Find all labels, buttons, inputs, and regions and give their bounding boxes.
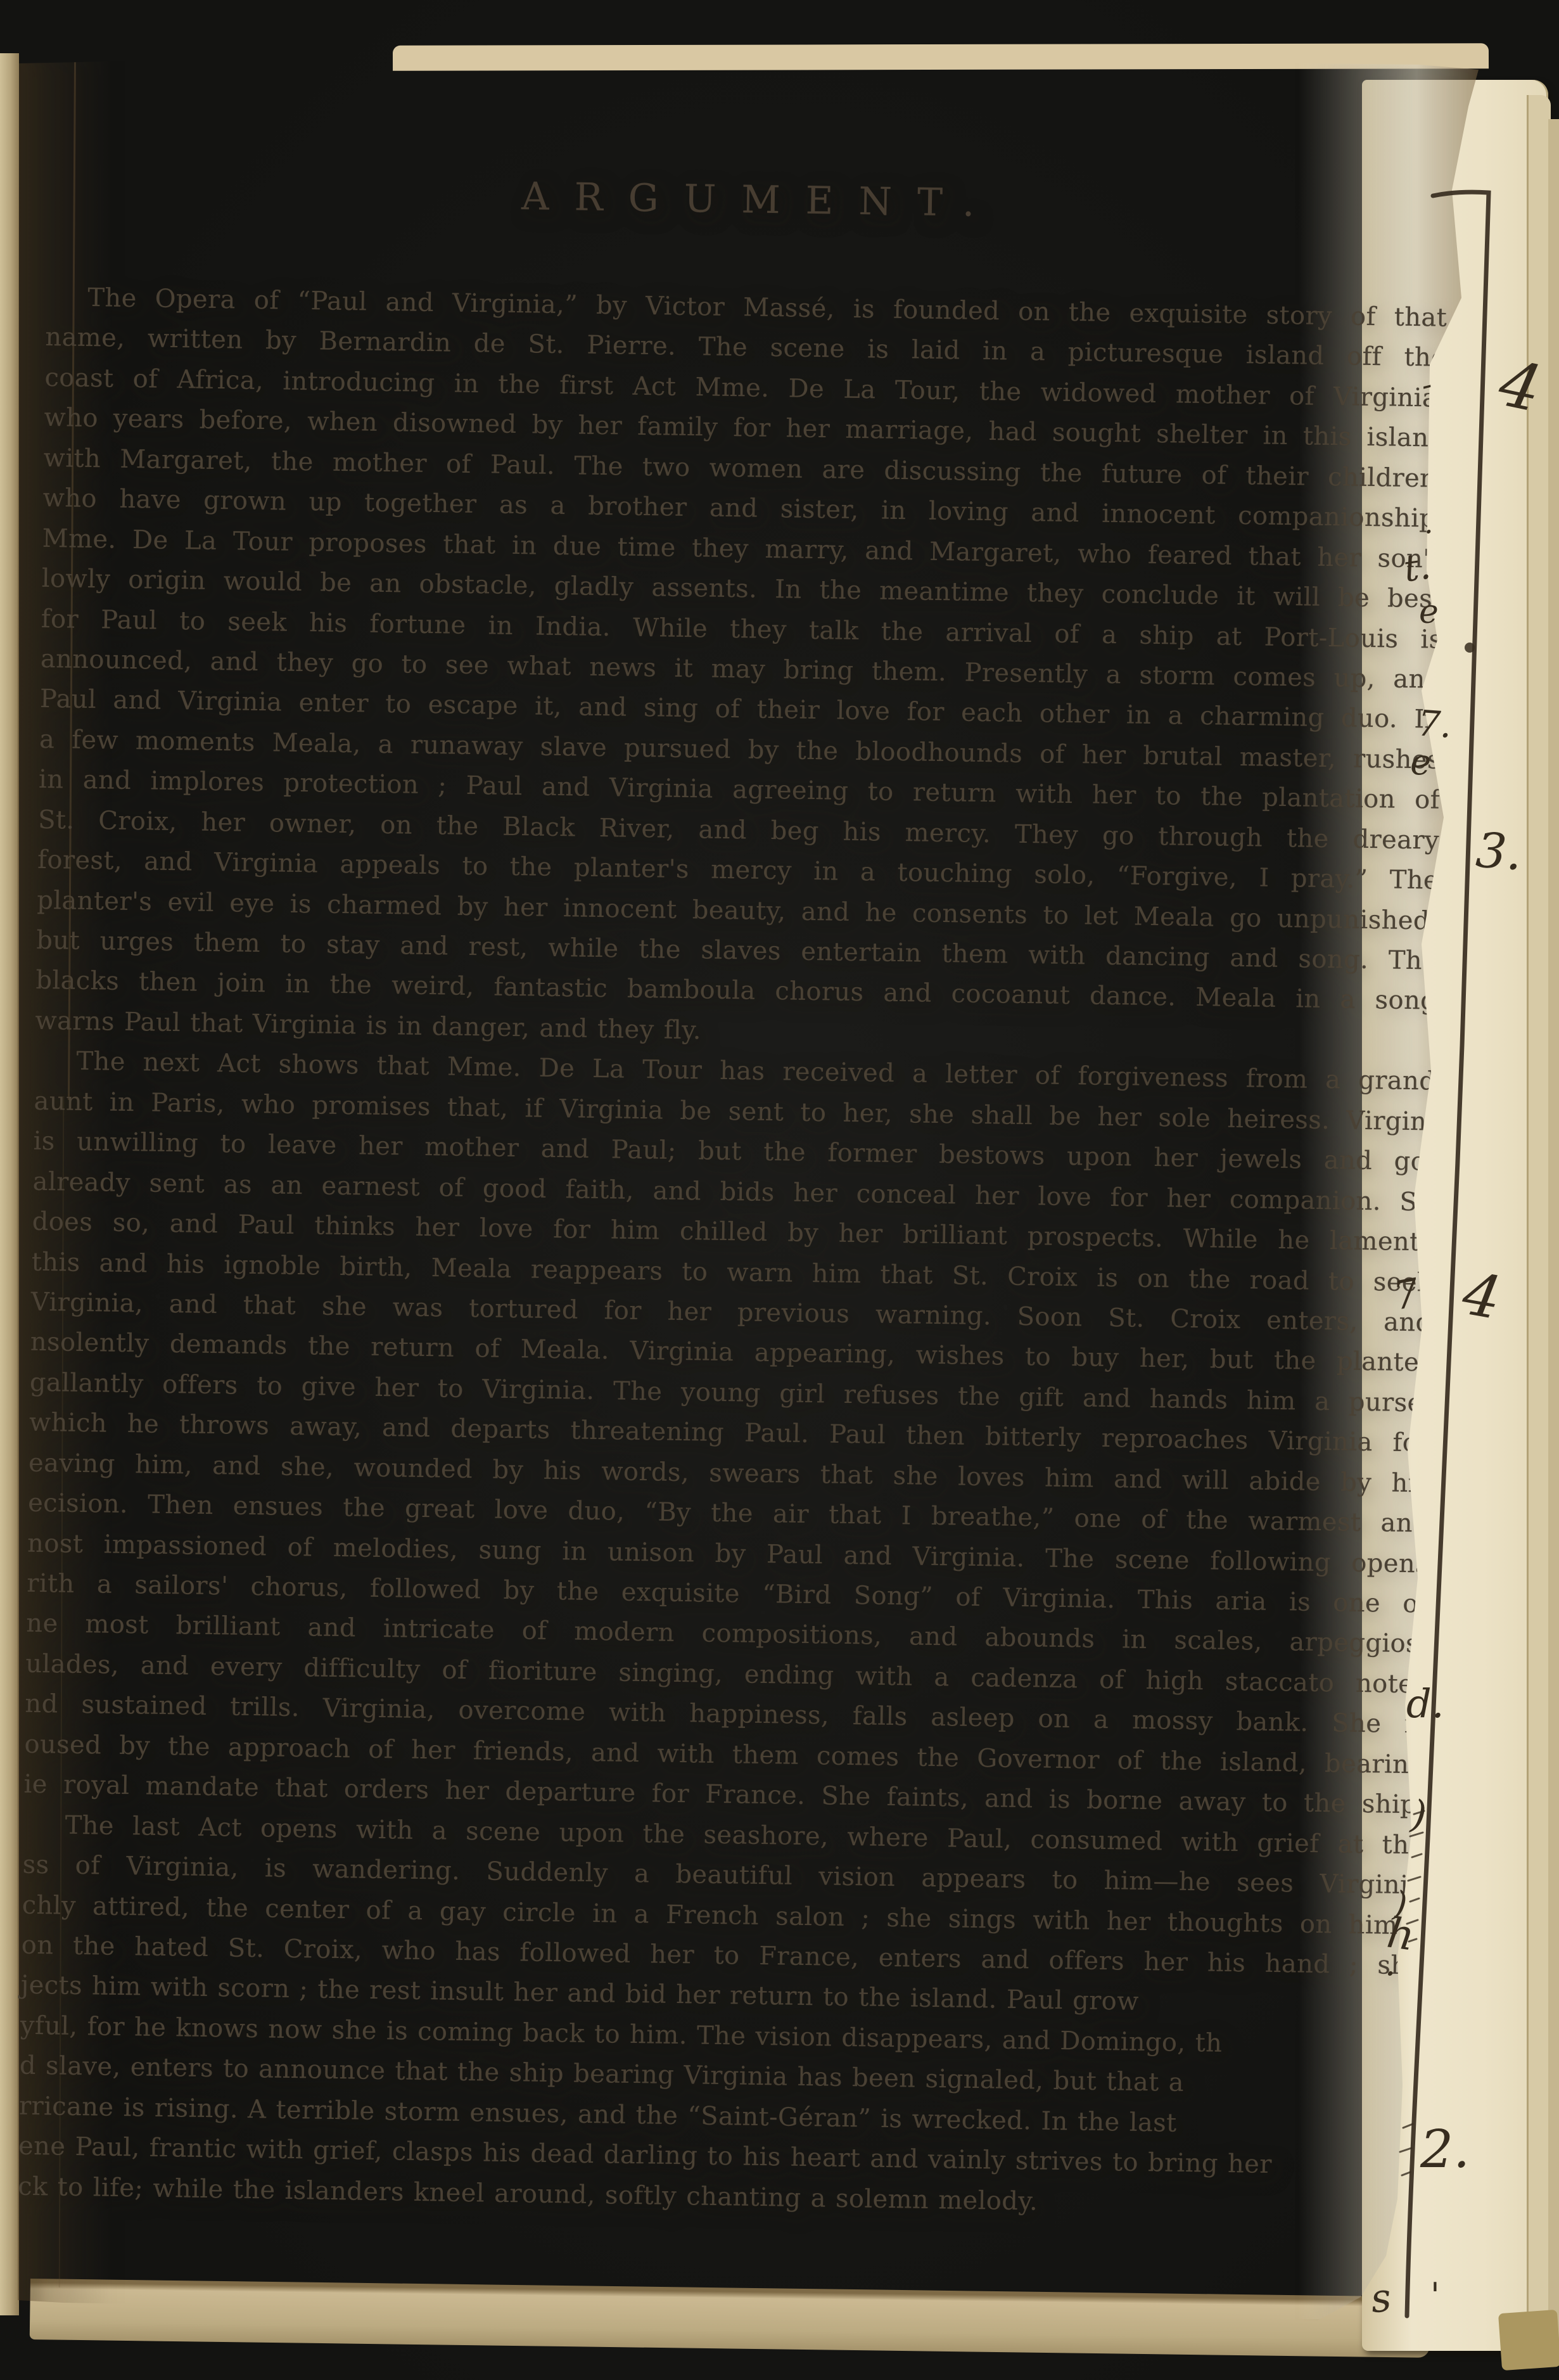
argument-text: The Opera of “Paul and Virginia,” by Vic…: [18, 278, 1448, 2227]
book-spine-edge: [0, 53, 19, 2315]
gilded-page-corner: [1498, 2310, 1559, 2370]
underlying-page-edge-2: [1548, 119, 1559, 2362]
page-title: ARGUMENT.: [47, 165, 1449, 235]
scanned-book-photo: ARGUMENT. The Opera of “Paul and Virgini…: [0, 0, 1559, 2380]
underlying-page-edge: [1527, 95, 1551, 2364]
printed-content: ARGUMENT. The Opera of “Paul and Virgini…: [18, 58, 1451, 2227]
libretto-argument-page: ARGUMENT. The Opera of “Paul and Virgini…: [0, 0, 1559, 2380]
